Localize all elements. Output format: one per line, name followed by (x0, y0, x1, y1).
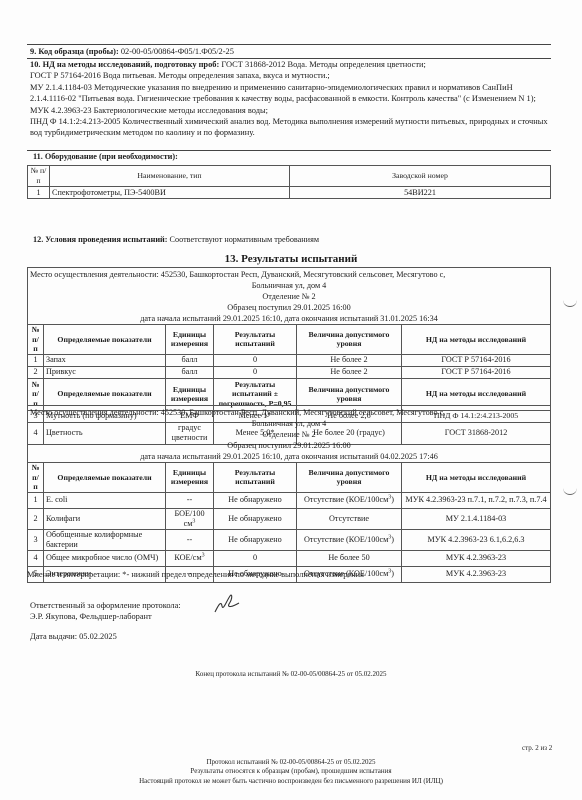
scan-mark (563, 300, 577, 307)
divider (27, 150, 551, 151)
method-line: ГОСТ 31868-2012 Вода. Методы определения… (221, 60, 425, 69)
table-row: 2КолифагиБОЕ/100 см3Не обнаруженоОтсутст… (28, 508, 551, 529)
results-header-2: Место осуществления деятельности: 452530… (28, 406, 551, 463)
responsible-person: Ответственный за оформление протокола: Э… (30, 600, 181, 622)
sample-code: 9. Код образца (пробы): 02-00-05/00864-Ф… (30, 47, 550, 58)
results-table-2: Место осуществления деятельности: 452530… (27, 405, 551, 583)
col-header: Наименование, тип (50, 166, 290, 187)
scan-mark (563, 488, 577, 495)
table-row: 1 Спектрофотометры, ПЭ-5400ВИ 54ВИ221 (28, 187, 551, 199)
test-conditions: 12. Условия проведения испытаний: Соотве… (33, 235, 319, 245)
table-row: 1E. coli--Не обнаруженоОтсутствие (КОЕ/1… (28, 492, 551, 508)
table-row: 3Обобщенные колиформные бактерии--Не обн… (28, 529, 551, 550)
sample-code-value: 02-00-05/00864-Ф05/1.Ф05/2-25 (121, 47, 234, 56)
table-row: 1Запахбалл0Не более 2ГОСТ Р 57164-2016 (28, 354, 551, 366)
end-of-protocol: Конец протокола испытаний № 02-00-05/008… (0, 670, 582, 679)
protocol-page: { "section9": {"label": "9. Код образца … (0, 0, 582, 800)
divider (27, 44, 551, 45)
method-line: МУ 2.1.4.1184-03 Методические указания п… (30, 83, 536, 103)
page-number: стр. 2 из 2 (522, 744, 552, 753)
method-line: ГОСТ Р 57164-2016 Вода питьевая. Методы … (30, 71, 330, 80)
signature-icon (212, 592, 242, 614)
results-header-1: Место осуществления деятельности: 452530… (28, 268, 551, 325)
col-header: № п/п (28, 166, 50, 187)
methods-label: 10. НД на методы исследований, подготовк… (30, 60, 219, 69)
sample-code-label: 9. Код образца (пробы): (30, 47, 119, 56)
interpretation-note: Мнение и интерпретации: *- нижний предел… (27, 570, 364, 581)
equipment-table: № п/п Наименование, тип Заводской номер … (27, 165, 551, 199)
col-header: Заводской номер (290, 166, 551, 187)
methods-section: 10. НД на методы исследований, подготовк… (30, 59, 552, 139)
table-row: 2Привкусбалл0Не более 2ГОСТ Р 57164-2016 (28, 366, 551, 378)
results-title: 13. Результаты испытаний (0, 253, 582, 267)
method-line: ПНД Ф 14.1:2:4.213-2005 Количественный х… (30, 117, 548, 137)
footer: Протокол испытаний № 02-00-05/00864-25 о… (0, 758, 582, 786)
method-line: МУК 4.2.3963-23 Бактериологические метод… (30, 106, 268, 115)
issue-date: Дата выдачи: 05.02.2025 (30, 632, 117, 643)
table-row: 4Общее микробное число (ОМЧ)КОЕ/см30Не б… (28, 550, 551, 566)
equipment-label: 11. Оборудование (при необходимости): (33, 152, 178, 162)
bacteriology-rows: 1E. coli--Не обнаруженоОтсутствие (КОЕ/1… (28, 492, 551, 582)
